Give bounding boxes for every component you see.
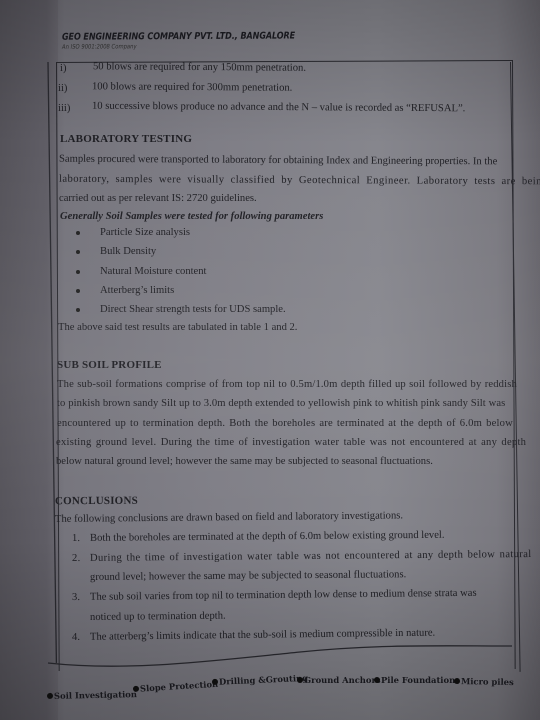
parameter-item: Bulk Density	[76, 246, 156, 257]
bullet-icon	[76, 289, 80, 293]
criteria-marker: i)	[60, 63, 66, 74]
conclusion-item: 2.During the time of investigation water…	[72, 549, 532, 564]
parameter-item: Direct Shear strength tests for UDS samp…	[76, 304, 286, 315]
bullet-icon	[212, 679, 218, 685]
parameter-item: Atterberg’s limits	[76, 285, 174, 296]
sub-soil-line: existing ground level. During the time o…	[56, 437, 526, 448]
footer-service: Soil Investigation	[47, 689, 137, 701]
conclusion-item: 1.Both the boreholes are terminated at t…	[72, 530, 445, 544]
bullet-icon	[76, 270, 80, 274]
footer-service: Pile Foundations	[374, 675, 460, 685]
bullet-icon	[76, 231, 80, 235]
bullet-icon	[133, 686, 139, 692]
lab-testing-line: Samples procured were transported to lab…	[59, 154, 497, 168]
lab-testing-line: carried out as per relevant IS: 2720 gui…	[59, 193, 257, 204]
bullet-icon	[454, 678, 460, 684]
footer-service: Ground Anchors	[297, 675, 381, 685]
bullet-icon	[76, 250, 80, 254]
parameter-item: Particle Size analysis	[76, 227, 190, 238]
criteria-item: 50 blows are required for any 150mm pene…	[93, 61, 306, 73]
footer-service: Drilling &Grouting	[212, 673, 308, 687]
criteria-marker: ii)	[58, 83, 67, 94]
conclusion-item-continued: noticed up to termination depth.	[90, 611, 226, 623]
conclusion-item-continued: ground level; however the same may be su…	[90, 569, 406, 583]
sub-soil-heading: SUB SOIL PROFILE	[57, 359, 162, 371]
sub-soil-line: to pinkish brown sandy Silt up to 3.0m d…	[57, 398, 505, 409]
lab-testing-line: laboratory, samples were visually classi…	[59, 174, 540, 188]
bullet-icon	[76, 308, 80, 312]
criteria-marker: iii)	[58, 103, 70, 114]
conclusion-item: 3.The sub soil varies from top nil to te…	[72, 588, 477, 603]
bullet-icon	[297, 677, 303, 683]
bullet-icon	[374, 677, 380, 683]
document-body: i) 50 blows are required for any 150mm p…	[0, 0, 540, 720]
sub-soil-line: below natural ground level; however the …	[56, 456, 433, 467]
conclusions-heading: CONCLUSIONS	[55, 495, 138, 507]
lab-testing-heading: LABORATORY TESTING	[60, 133, 192, 145]
lab-testing-note: The above said test results are tabulate…	[58, 322, 297, 333]
sub-soil-line: The sub-soil formations comprise of from…	[57, 379, 517, 390]
footer-service: Micro piles	[454, 676, 514, 687]
lab-testing-subheading: Generally Soil Samples were tested for f…	[60, 211, 323, 222]
conclusions-intro: The following conclusions are drawn base…	[55, 510, 403, 525]
criteria-item: 100 blows are required for 300mm penetra…	[92, 81, 292, 93]
sub-soil-line: encountered up to termination depth. Bot…	[57, 418, 513, 429]
footer-service: Slope Protection	[133, 679, 219, 694]
conclusion-item: 4.The atterberg’s limits indicate that t…	[72, 628, 435, 643]
bullet-icon	[47, 693, 53, 699]
parameter-item: Natural Moisture content	[76, 266, 207, 277]
criteria-item: 10 successive blows produce no advance a…	[92, 101, 465, 115]
